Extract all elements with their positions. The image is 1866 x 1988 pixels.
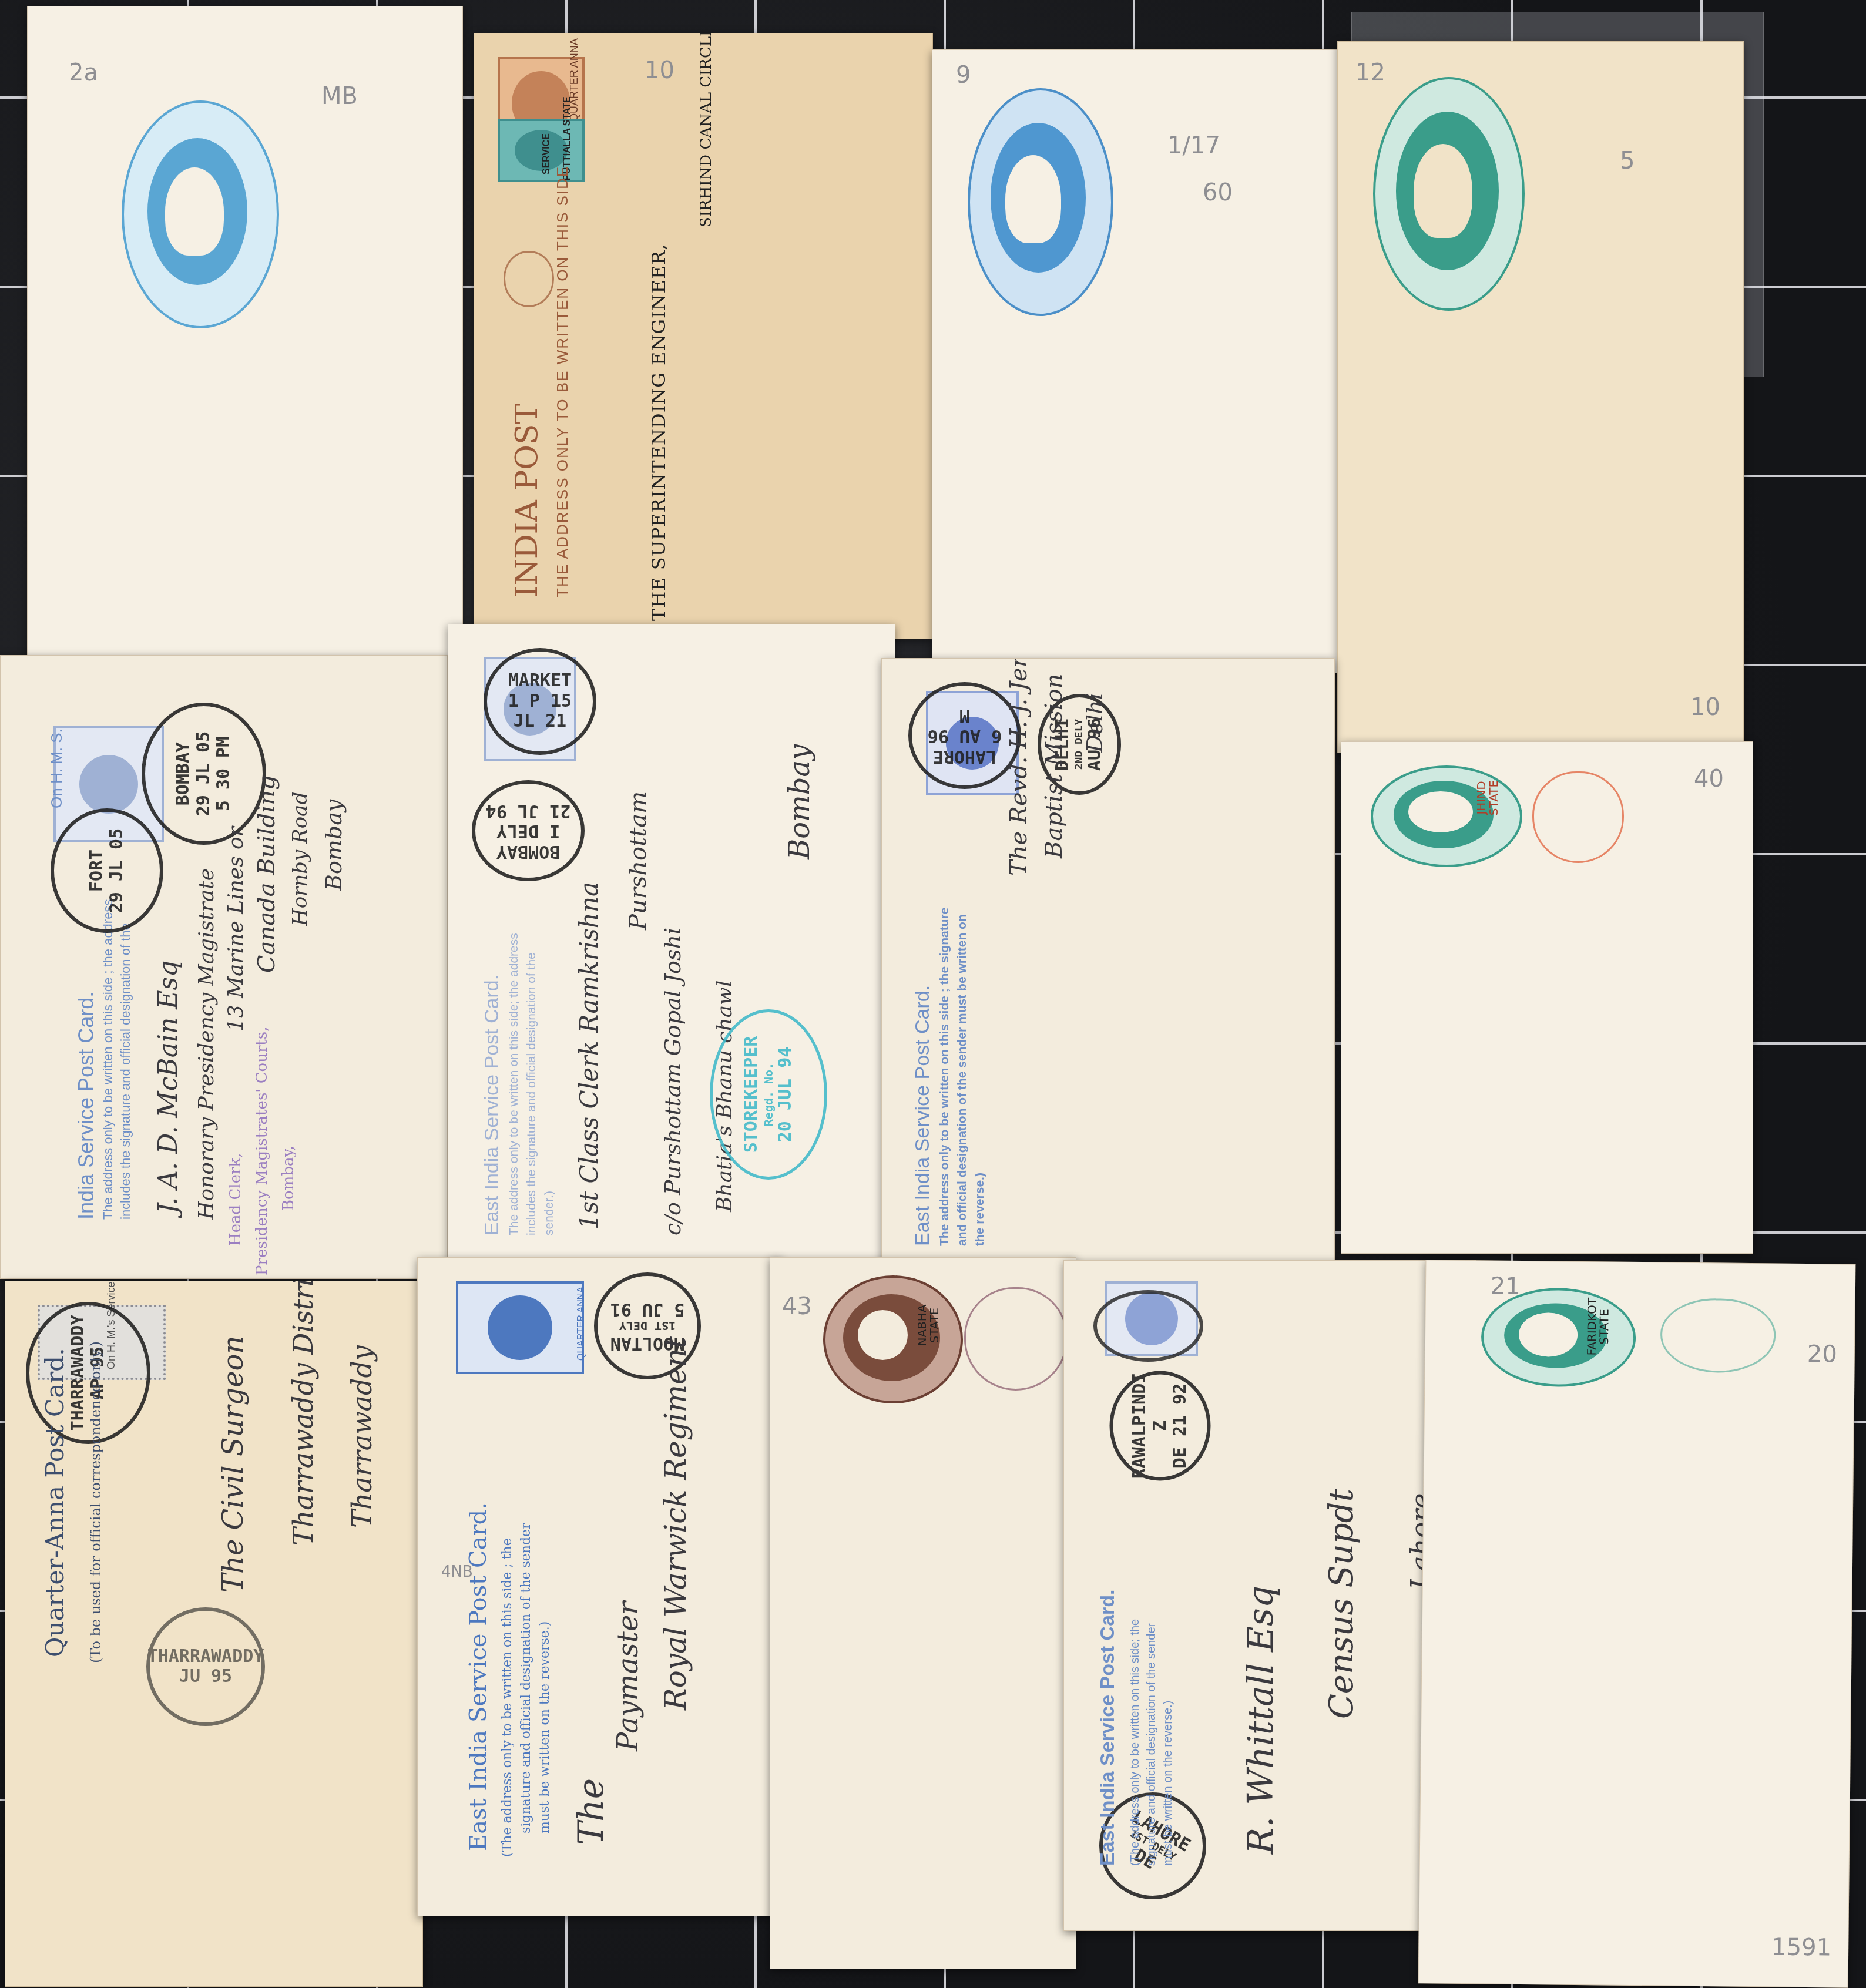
india-postage-stamp-green <box>1373 77 1525 311</box>
handwritten-address-line: R. Whittall Esq <box>1240 1586 1281 1854</box>
pencil-note: 21 <box>1491 1272 1521 1300</box>
pencil-note: 10 <box>645 57 674 84</box>
india-service-post-card-bombay: On H. M. S. India Service Post Card. The… <box>0 655 448 1279</box>
storekeeper-cachet: STOREKEEPER Regd. No. 20 JUL 94 <box>710 1009 827 1180</box>
sender-block-line: Presidency Magistrates' Courts, <box>253 1027 271 1275</box>
handwritten-address-line: Census Supdt <box>1323 1489 1361 1719</box>
handwritten-address-line: Hornby Road <box>288 792 312 926</box>
instruction-line-1: (The address only to be written on this … <box>500 1538 515 1857</box>
instruction-line-1: (The address only to be written on this … <box>1129 1619 1142 1866</box>
card-header: INDIA POST <box>509 404 545 597</box>
handwritten-address-line: The Revd. H. J. Jenkins <box>1005 658 1032 876</box>
handwritten-address-line: 13 Marine Lines or <box>224 827 248 1032</box>
overprint-service: SERVICE <box>542 133 552 174</box>
india-postage-stamp-blue <box>122 100 279 328</box>
pencil-note: 10 <box>1690 694 1720 721</box>
quarter-anna-post-card-tharrawaddy: On H. M.'s Service THARRAWADDY AP 95 Qua… <box>5 1281 423 1987</box>
postmark-bombay: BOMBAY 29 JL 05 5 30 PM <box>142 703 266 845</box>
card-title: East India Service Post Card. <box>1096 1589 1119 1866</box>
sender-block-line: Head Clerk, <box>227 1153 244 1246</box>
postmark-fort: FORT 29 JL 05 <box>51 808 163 933</box>
east-india-service-card-mooltan: QUARTER ANNA MOOLTAN 1ST DELY 5 JU 91 Ea… <box>417 1257 783 1916</box>
address-line-2: SIRHIND CANAL CIRCLE, <box>697 33 715 227</box>
instruction-line-2: signature and official designation of th… <box>519 1523 533 1833</box>
india-postage-stamp-brown: NABHA STATE <box>823 1275 963 1403</box>
pencil-note: 43 <box>782 1293 812 1320</box>
instruction-line-1: The address only to be written on this s… <box>938 908 952 1246</box>
handwritten-address-line: Purshottam <box>625 791 652 930</box>
instruction-line-2: and official designation of the sender m… <box>955 914 969 1246</box>
stamp-value: QUARTER ANNA <box>576 1287 587 1361</box>
handwritten-address-line: The <box>570 1778 612 1845</box>
postmark-rawalpindi: RAWALPINDI Z DE 21 92 <box>1110 1371 1211 1481</box>
overprint-nabha-state: NABHA STATE <box>916 1293 941 1358</box>
envelope-jhind-state: JHIND STATE 40 <box>1341 741 1753 1254</box>
handwritten-address-line: Delhi <box>1082 693 1107 753</box>
instruction-line-3: the reverse.) <box>973 1173 987 1246</box>
pencil-note: 2a <box>69 59 98 86</box>
instruction-line-2: includes the signature and official desi… <box>118 923 133 1220</box>
address-line-1: THE SUPERINTENDING ENGINEER, <box>647 243 670 621</box>
card-title: East India Service Post Card. <box>481 975 504 1235</box>
sender-block-line: Bombay, <box>280 1146 297 1211</box>
obliterator-cancel <box>1093 1290 1203 1362</box>
pencil-note: 20 <box>1807 1341 1837 1368</box>
faridkot-state-arms-icon <box>1660 1298 1776 1373</box>
east-india-service-card-rawalpindi: RAWALPINDI Z DE 21 92 LAHORE 1ST DELY DE… <box>1063 1260 1476 1931</box>
pencil-note: 40 <box>1694 765 1724 792</box>
pencil-note: 60 <box>1203 179 1233 206</box>
handwritten-address-line: c/o Purshottam Gopal Joshi <box>660 928 686 1235</box>
instruction-line-3: sender.) <box>542 1191 556 1235</box>
india-postage-stamp-green: FARIDKOT STATE <box>1481 1287 1636 1388</box>
handwritten-address-line: Tharrawaddy <box>346 1345 378 1528</box>
handwritten-address-line: Bombay <box>783 744 816 859</box>
handwritten-address-line: 1st Class Clerk Ramkrishna <box>575 882 603 1230</box>
nabha-state-arms-icon <box>964 1287 1068 1391</box>
pencil-note: 1/17 <box>1167 132 1220 159</box>
handwritten-address-line: Bombay <box>321 800 347 891</box>
instruction-line-3: must be written on the reverse.) <box>538 1621 552 1833</box>
card-title: India Service Post Card. <box>74 992 99 1220</box>
handwritten-address-line: Baptist Mission <box>1041 674 1068 858</box>
handwritten-address-line: Royal Warwick Regiment <box>659 1336 693 1710</box>
queen-head-silhouette <box>1519 1312 1578 1357</box>
envelope-half-anna-green: 12 5 10 <box>1337 41 1744 753</box>
instruction-line-2: includes the signature and official desi… <box>525 952 539 1235</box>
pencil-note: 12 <box>1355 59 1385 86</box>
card-subtitle: (To be used for official correspondence … <box>88 1341 104 1663</box>
service-stamp-blue <box>456 1281 584 1374</box>
pencil-note: MB <box>321 83 358 110</box>
jhind-state-arms-icon <box>1532 771 1624 863</box>
patiala-state-post-card: QUARTER ANNA SERVICE PUTTIALLA STATE IND… <box>474 33 933 639</box>
pencil-note: 4NB <box>441 1563 473 1581</box>
handwritten-address-line: Paymaster <box>612 1601 645 1751</box>
address-instruction: THE ADDRESS ONLY TO BE WRITTEN ON THIS S… <box>553 166 572 597</box>
queen-head-silhouette <box>1408 791 1473 832</box>
queen-head-silhouette <box>1414 144 1472 238</box>
east-india-service-card-lahore: LAHORE 6 AU 96 M DELHI 2ND DELY AU 96 Ea… <box>881 658 1335 1276</box>
instruction-line-1: The address only to be written on this s… <box>507 933 521 1235</box>
instruction-line-2: signature and official designation of th… <box>1145 1623 1159 1866</box>
postmark-lahore: LAHORE 6 AU 96 M <box>908 682 1021 789</box>
queen-head-silhouette <box>858 1310 908 1360</box>
instruction-line-3: must be written on the reverse.) <box>1162 1701 1175 1866</box>
overprint-faridkot-state: FARIDKOT STATE <box>1586 1291 1611 1362</box>
handwritten-address-line: J. A. D. McBain Esq <box>153 961 183 1214</box>
handwritten-address-line: Canada Building <box>253 775 280 973</box>
envelope-nabha-state: NABHA STATE 43 <box>770 1257 1076 1969</box>
queen-head-silhouette <box>165 167 224 256</box>
east-india-service-card-storekeeper: MARKET 1 P 15 JL 21 BOMBAY I DELY 21 JL … <box>448 624 895 1260</box>
envelope-faridkot-state: FARIDKOT STATE 21 20 1591 <box>1418 1260 1856 1988</box>
card-title: East India Service Post Card. <box>911 985 934 1246</box>
envelope-half-anna-blue: 2a MB <box>27 6 463 683</box>
postmark-market: MARKET 1 P 15 JL 21 <box>484 648 596 755</box>
india-postage-stamp-green: JHIND STATE <box>1371 765 1522 867</box>
pencil-note: 1591 <box>1771 1933 1831 1961</box>
postmark-tharrawaddy-arrival: THARRAWADDY JU 95 <box>146 1607 265 1726</box>
card-title: Quarter-Anna Post Card. <box>41 1348 69 1657</box>
royal-arms-icon <box>504 251 554 307</box>
instruction-line-1: The address only to be written on this s… <box>100 899 116 1220</box>
overprint-jhind-state: JHIND STATE <box>1475 765 1500 830</box>
pencil-note: 9 <box>956 62 971 89</box>
card-title: East India Service Post Card. <box>465 1502 492 1851</box>
handwritten-address-line: Tharrawaddy District <box>287 1281 319 1546</box>
handwritten-address-line: The Civil Surgeon <box>217 1336 250 1593</box>
ohms-header: On H. M. S. <box>48 728 66 808</box>
handwritten-address-line: Honorary Presidency Magistrate <box>194 868 219 1220</box>
india-postage-stamp-blue <box>968 88 1113 316</box>
envelope-half-anna-blue-2: 9 1/17 60 <box>932 49 1356 673</box>
pencil-note: 5 <box>1620 147 1635 174</box>
postmark-bombay-delivery: BOMBAY I DELY 21 JL 94 <box>472 780 585 881</box>
queen-head-silhouette <box>1005 155 1061 243</box>
